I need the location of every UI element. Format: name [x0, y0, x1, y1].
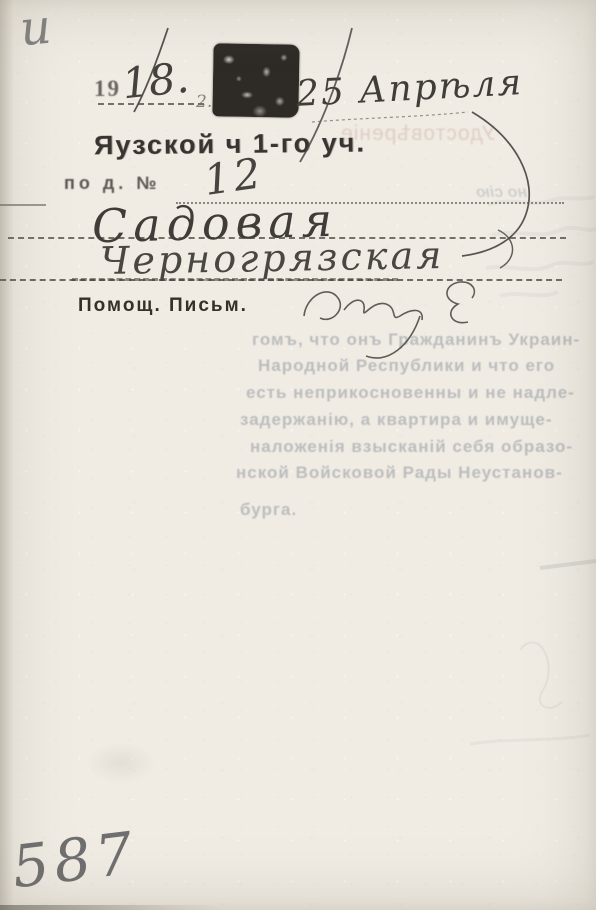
- scanned-document-page: Удостовѣреніе но сію гомъ, что онъ Гражд…: [0, 0, 596, 910]
- bleedthrough-squiggles: [486, 197, 596, 296]
- bleedthrough-line: задержанію, а квартира и имуще-: [240, 410, 553, 430]
- clerk-stamp: Помощ. Письм.: [78, 295, 248, 317]
- date-underline: [312, 112, 468, 122]
- edge-smudges: [470, 561, 596, 744]
- house-number-label-stamp: по д. №: [64, 173, 160, 194]
- date-remnant: 2.: [196, 92, 212, 112]
- year-handwritten: 18.: [120, 53, 192, 109]
- bleedthrough-line: Народной Республики и что его: [258, 356, 555, 376]
- bleedthrough-line: бурга.: [240, 500, 297, 520]
- bleedthrough-line: гомъ, что онъ Гражданинъ Украин-: [252, 330, 580, 350]
- ink-stamp-blob: [212, 43, 299, 117]
- scan-edge-left: [0, 0, 14, 910]
- archive-corner-mark: и: [18, 0, 54, 57]
- year-printed-stamp: 19: [94, 76, 121, 102]
- date-handwritten: 25 Апрѣля: [295, 62, 524, 115]
- street-flourish: [498, 230, 513, 268]
- bleedthrough-line: есть неприкосновенны и не надле-: [246, 383, 575, 403]
- scan-edge-bottom: [0, 905, 220, 910]
- paper-smudge: [86, 742, 156, 784]
- bleedthrough-line: наложенія взысканій себя образо-: [250, 437, 573, 457]
- bleedthrough-note: но сію: [476, 184, 527, 202]
- page-number-pencil: 587: [8, 819, 141, 902]
- street-line-2: Черногрязская: [100, 233, 445, 283]
- bleedthrough-line: нской Войсковой Рады Неустанов-: [236, 463, 563, 483]
